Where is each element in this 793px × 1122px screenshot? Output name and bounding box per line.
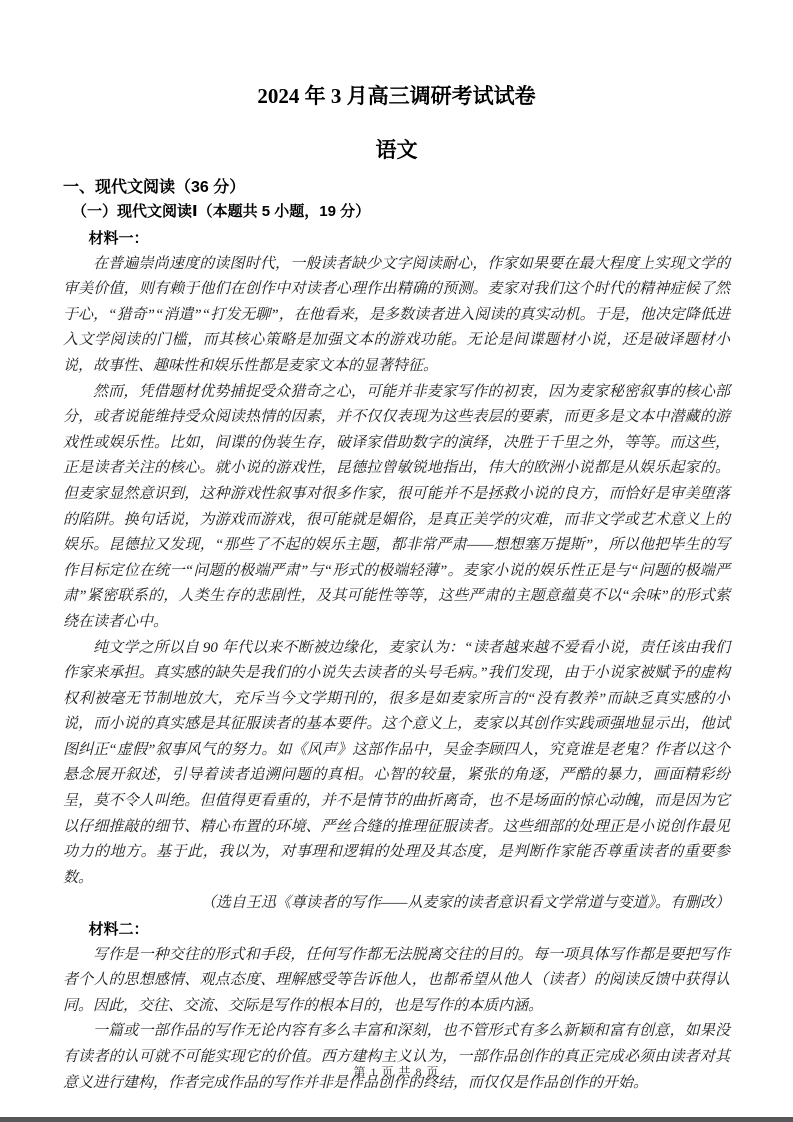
exam-paper-page: 2024 年 3 月高三调研考试试卷 语文 一、现代文阅读（36 分） （一）现… bbox=[0, 0, 793, 1122]
page-content: 2024 年 3 月高三调研考试试卷 语文 一、现代文阅读（36 分） （一）现… bbox=[63, 84, 730, 1096]
subject-title: 语文 bbox=[63, 138, 730, 162]
material-1-label: 材料一： bbox=[63, 226, 730, 252]
material-2-paragraph: 一篇或一部作品的写作无论内容有多么丰富和深刻，也不管形式有多么新颖和富有创意，如… bbox=[63, 1019, 730, 1096]
material-1-attribution: （选自王迅《尊读者的写作——从麦家的读者意识看文学常道与变道》。有删改） bbox=[63, 891, 730, 917]
material-1-paragraph: 在普遍崇尚速度的读图时代，一般读者缺少文字阅读耐心，作家如果要在最大程度上实现文… bbox=[63, 252, 730, 380]
material-1-paragraph: 纯文学之所以自 90 年代以来不断被边缘化，麦家认为：“读者越来越不爱看小说，责… bbox=[63, 636, 730, 892]
subsection-heading-reading-1: （一）现代文阅读Ⅰ（本题共 5 小题，19 分） bbox=[63, 202, 730, 221]
material-2-label: 材料二： bbox=[63, 917, 730, 943]
material-1-paragraph: 然而，凭借题材优势捕捉受众猎奇之心，可能并非麦家写作的初衷，因为麦家秘密叙事的核… bbox=[63, 380, 730, 636]
bottom-edge-bar bbox=[0, 1117, 793, 1122]
exam-title: 2024 年 3 月高三调研考试试卷 bbox=[63, 84, 730, 108]
page-number-footer: 第 1 页 共 8 页 bbox=[0, 1063, 793, 1080]
material-2-paragraph: 写作是一种交往的形式和手段，任何写作都无法脱离交往的目的。每一项具体写作都是要把… bbox=[63, 943, 730, 1020]
material-1: 材料一： 在普遍崇尚速度的读图时代，一般读者缺少文字阅读耐心，作家如果要在最大程… bbox=[63, 226, 730, 917]
section-heading-modern-reading: 一、现代文阅读（36 分） bbox=[63, 178, 730, 198]
